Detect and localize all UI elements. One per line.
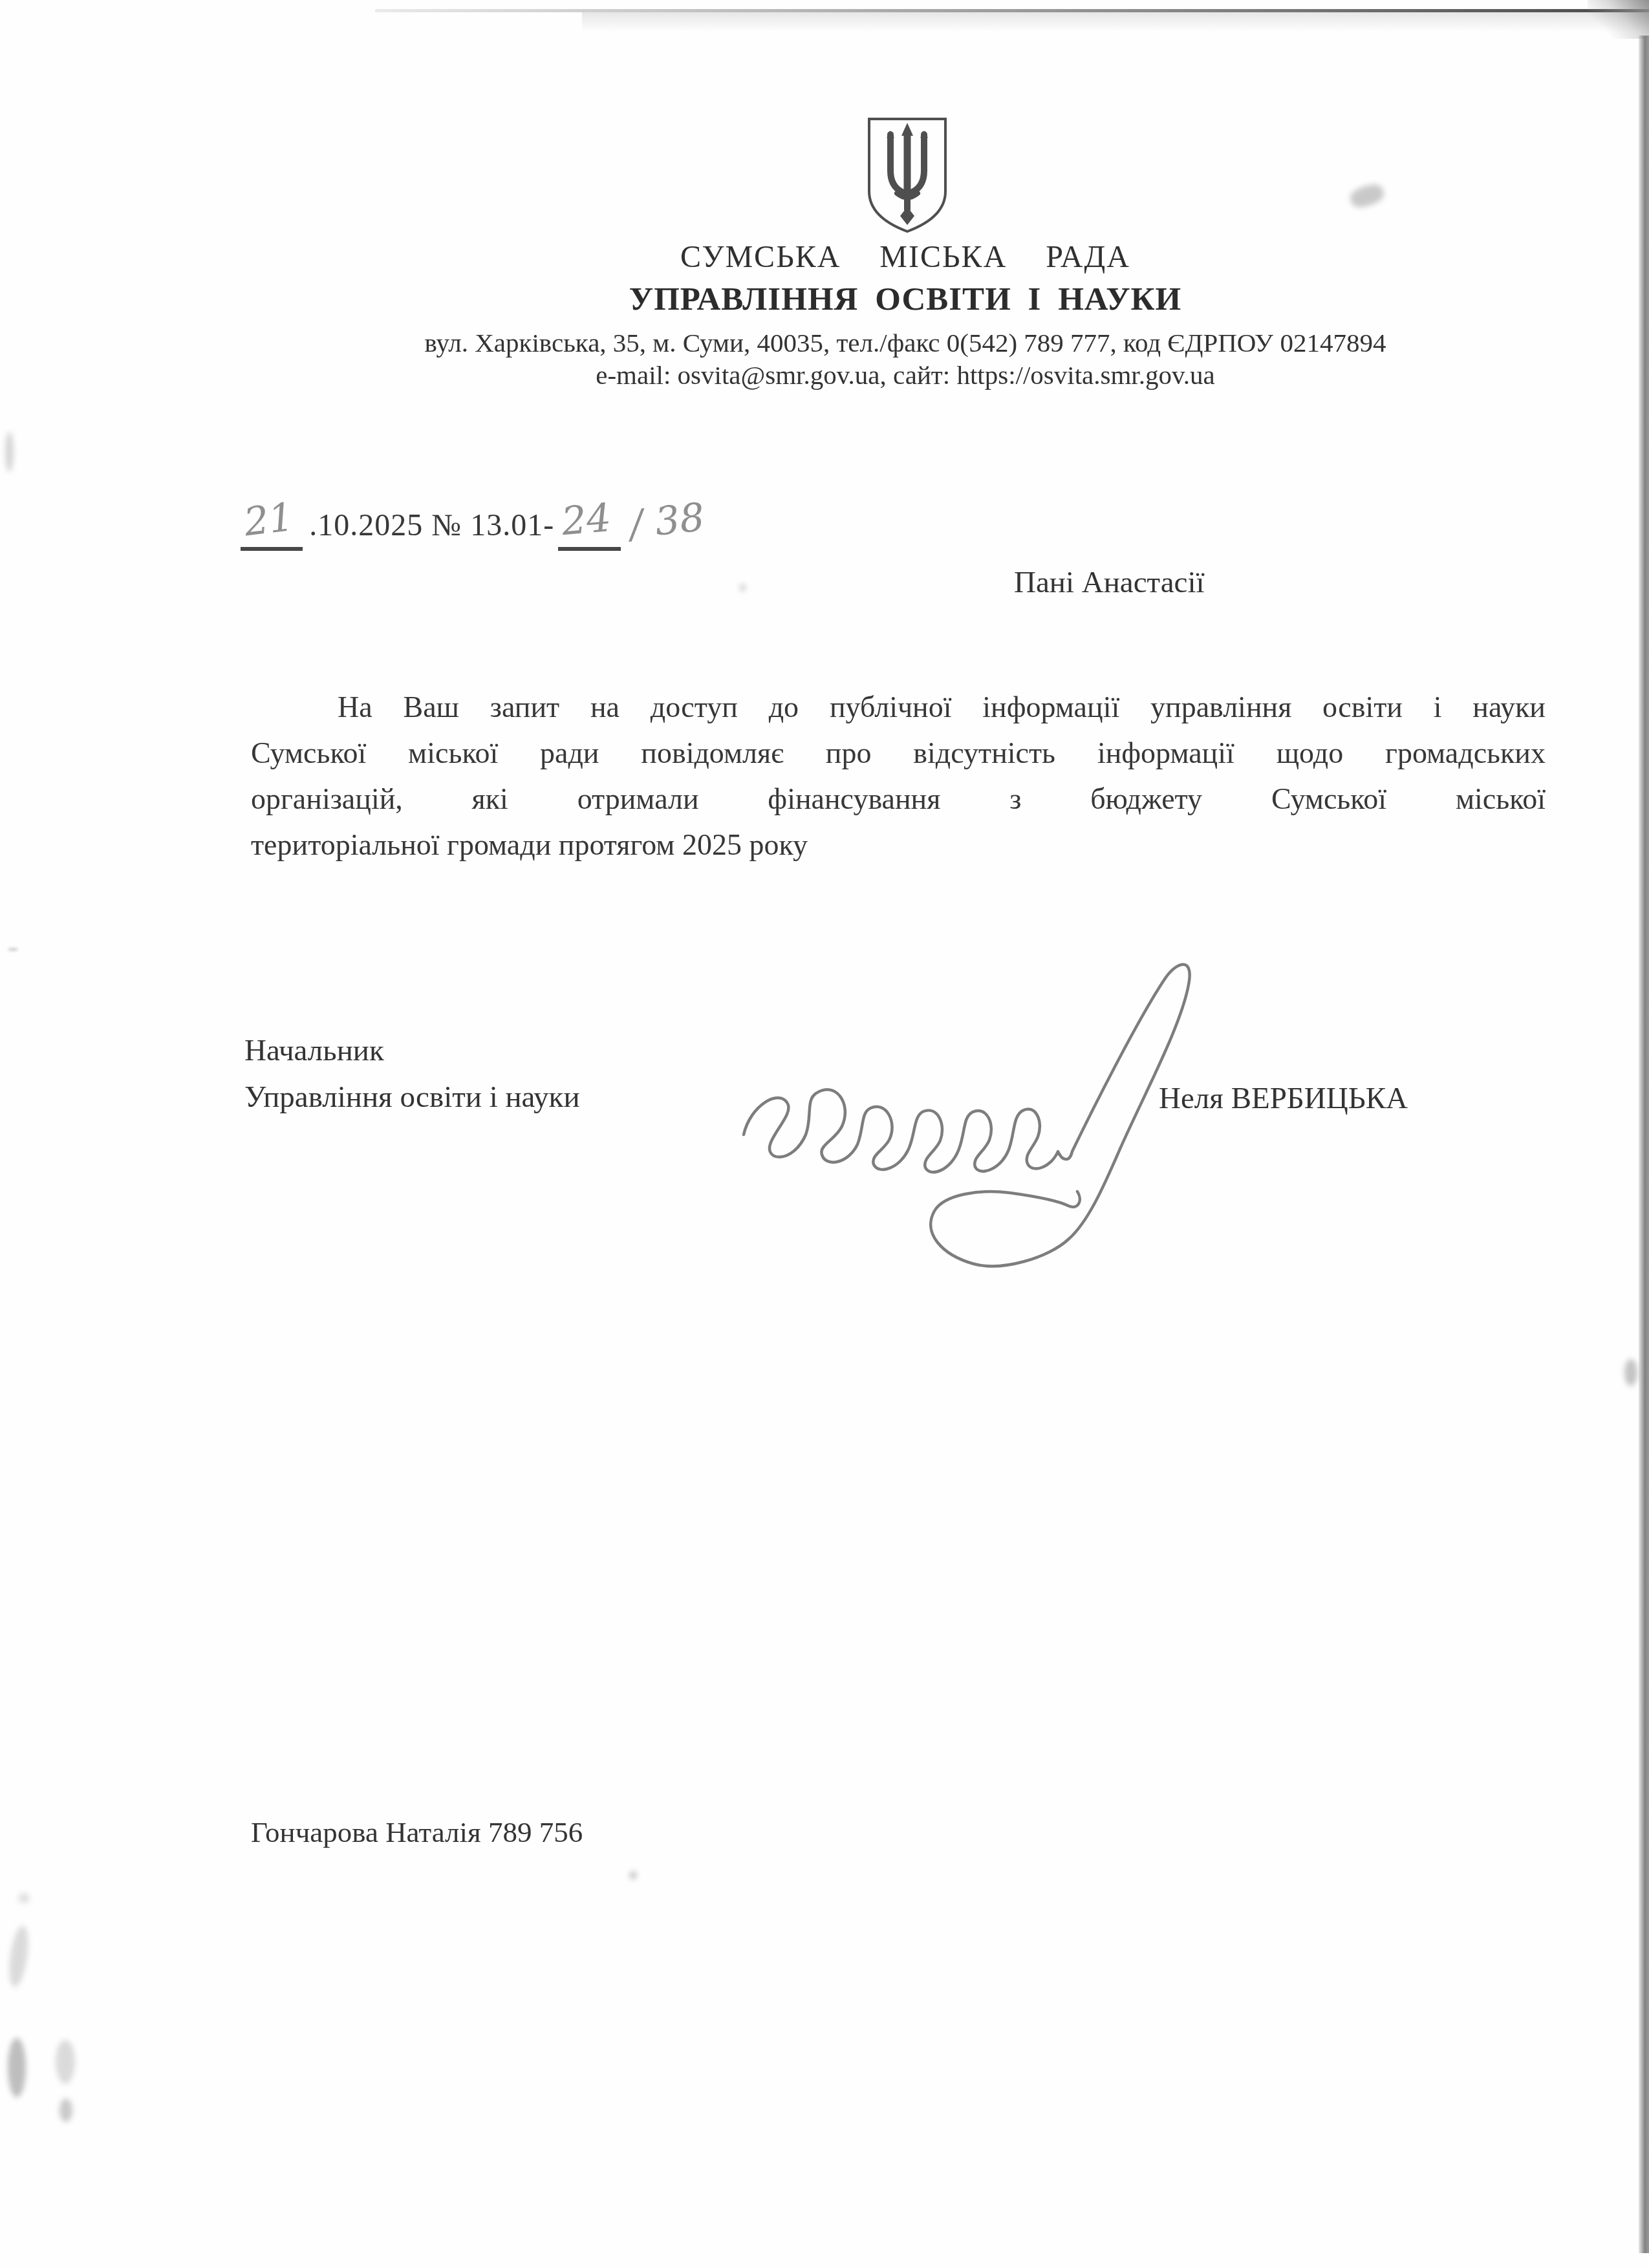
recipient-name: Пані Анастасії	[1014, 565, 1205, 600]
scan-smudge	[8, 2038, 26, 2097]
scan-smudge	[1348, 182, 1386, 211]
letter-body: На Ваш запит на доступ до публічної інфо…	[251, 684, 1546, 868]
scan-smudge	[56, 2040, 75, 2084]
typed-date-number: .10.2025 № 13.01-	[309, 508, 554, 543]
scan-smudge	[6, 1925, 31, 1989]
scan-smudge	[629, 1871, 637, 1879]
scanned-letter-page: СУМСЬКА МІСЬКА РАДА УПРАВЛІННЯ ОСВІТИ І …	[0, 0, 1649, 2268]
executor-contact: Гончарова Наталія 789 756	[251, 1815, 583, 1849]
handwritten-number: 24	[560, 498, 612, 541]
org-name-line2: УПРАВЛІННЯ ОСВІТИ І НАУКИ	[142, 282, 1649, 317]
signer-position-line1: Начальник	[244, 1033, 384, 1068]
scan-smudge	[5, 432, 14, 472]
scan-top-band	[582, 12, 1649, 32]
ukraine-trident-icon	[865, 115, 949, 235]
scan-corner-shadow	[1588, 0, 1649, 39]
org-contact-line: e-mail: osvita@smr.gov.ua, сайт: https:/…	[142, 359, 1649, 390]
scan-smudge	[1624, 1359, 1637, 1386]
scan-smudge	[740, 584, 746, 592]
body-line: На Ваш запит на доступ до публічної інфо…	[251, 684, 1546, 730]
date-day-blank: 21	[241, 503, 303, 551]
letterhead: СУМСЬКА МІСЬКА РАДА УПРАВЛІННЯ ОСВІТИ І …	[142, 241, 1649, 390]
handwritten-signature	[731, 941, 1209, 1277]
handwritten-day: 21	[242, 498, 296, 542]
doc-number-blank: 24	[558, 503, 620, 551]
scan-smudge	[59, 2099, 72, 2122]
scan-smudge	[18, 1893, 30, 1903]
body-line: територіальної громади протягом 2025 рок…	[251, 822, 1546, 868]
body-line: організацій, які отримали фінансування з…	[251, 776, 1546, 822]
signer-position-line2: Управління освіти і науки	[244, 1080, 580, 1115]
handwritten-number-suffix: / 38	[627, 498, 706, 544]
scan-smudge	[8, 948, 18, 951]
signer-name: Неля ВЕРБИЦЬКА	[1159, 1081, 1408, 1116]
reference-line: 21 .10.2025 № 13.01- 24 / 38	[241, 503, 704, 551]
body-line: Сумської міської ради повідомляє про від…	[251, 730, 1546, 776]
org-name-line1: СУМСЬКА МІСЬКА РАДА	[142, 241, 1649, 274]
org-address-line: вул. Харківська, 35, м. Суми, 40035, тел…	[142, 326, 1649, 359]
